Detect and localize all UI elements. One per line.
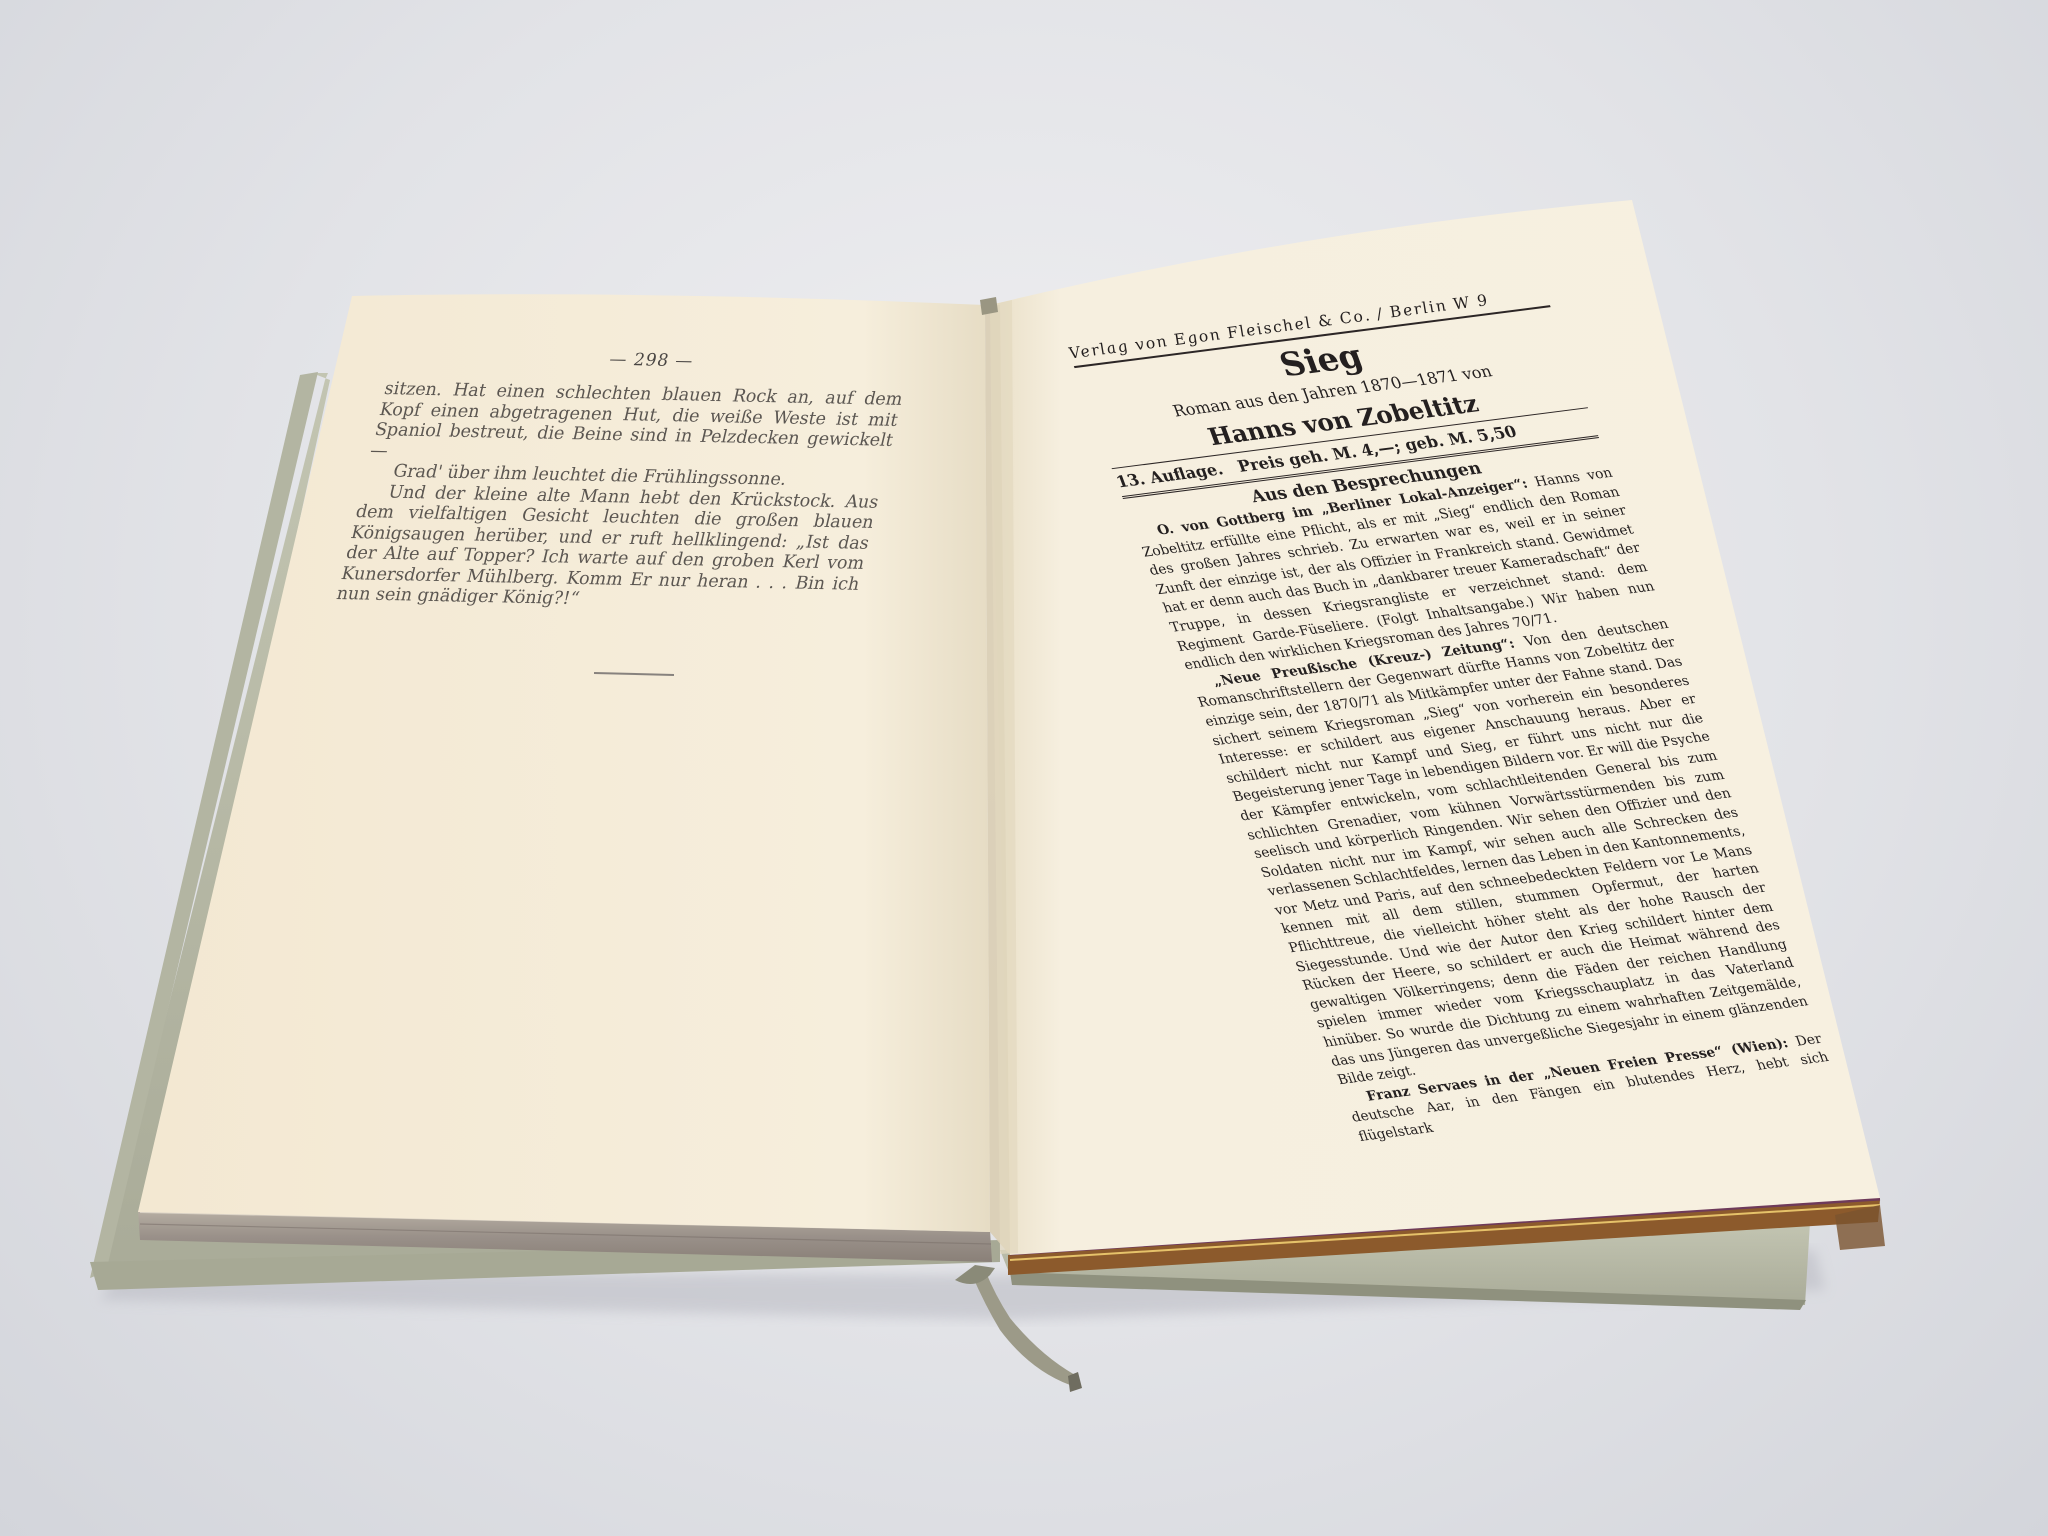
left-paragraph-1: sitzen. Hat einen schlechten blauen Rock… bbox=[368, 379, 905, 472]
photo-scene: — 298 — sitzen. Hat einen schlechten bla… bbox=[0, 0, 2048, 1536]
left-page-text: — 298 — sitzen. Hat einen schlechten bla… bbox=[334, 345, 912, 615]
left-paragraph-3: Und der kleine alte Mann hebt den Krücks… bbox=[334, 481, 880, 615]
open-book bbox=[0, 0, 2048, 1536]
